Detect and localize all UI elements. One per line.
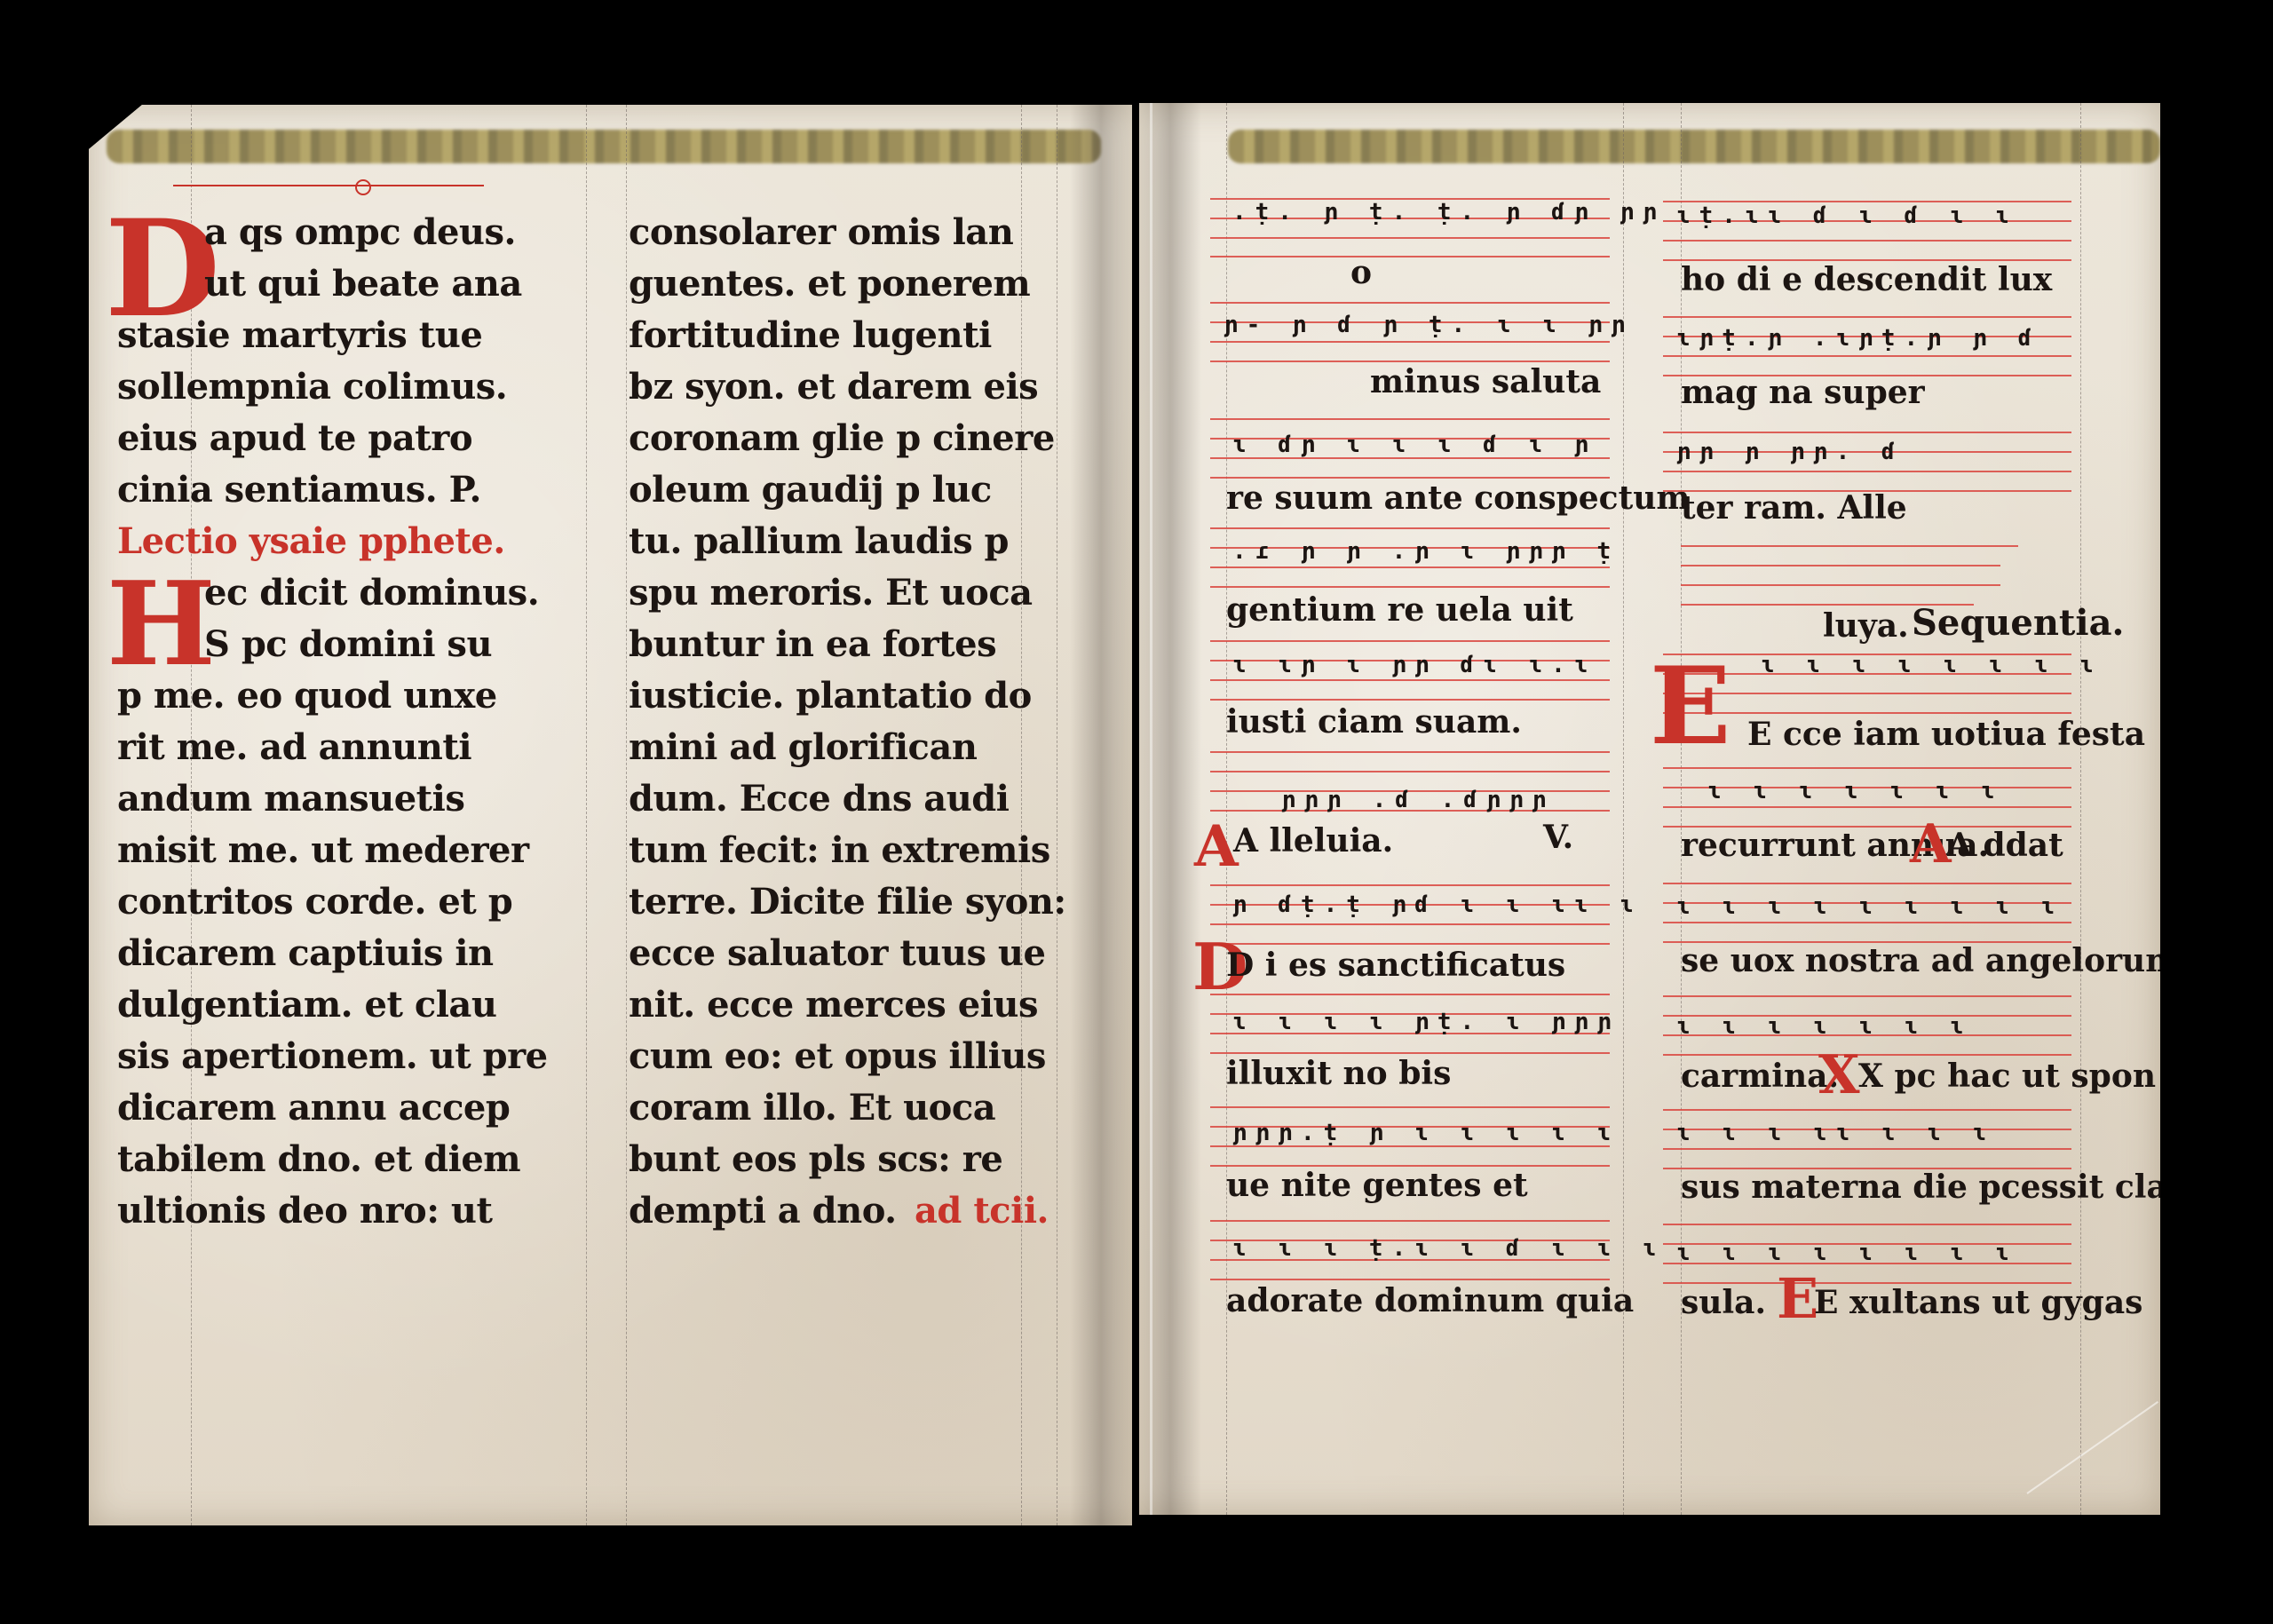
corner-crease [2026,1401,2158,1494]
text-line: dempti a dno. [629,1190,897,1232]
text-line: tum fecit: in extremis [629,829,1050,871]
neumes: ɩ ɩ ɩ ɩ ɩ ɩ ɩ ɩ [1761,652,2103,678]
neumes: ɲ ɗṭ.ṭ ɲɗ ɩ ɩ ɩɩ ɩ [1232,891,1643,918]
lyric-line: X pc hac ut spon [1858,1058,2156,1095]
neumes: .ɾ ɲ ɲ .ɲ ɩ ɲɲɲ ṭ [1232,538,1620,565]
lyric-line: E xultans ut gygas [1814,1284,2142,1321]
mold-stain-top [107,130,1101,163]
lyric-line: se uox nostra ad angelorum [1681,942,2179,979]
text-line: consolarer omis lan [629,211,1013,253]
text-line: nit. ecce merces eius [629,984,1038,1026]
red-initial-a: A [1910,813,1952,875]
lyric-line: A lleluia. [1233,822,1393,860]
text-line: spu meroris. Et uoca [629,572,1033,614]
text-line: tabilem dno. et diem [117,1138,520,1180]
neumes: ɲɲɲ .ɗ .ɗɲɲɲ [1281,787,1555,813]
lyric-line: ue nite gentes et [1226,1167,1528,1204]
ruling-line [626,105,627,1525]
neumes: ɩ ɩɲ ɩ ɲɲ ɗɩ ɩ.ɩ [1232,652,1596,678]
lyric-line: ho di e descendit lux [1681,261,2052,298]
text-line: iusticie. plantatio do [629,675,1032,717]
text-line: dulgentiam. et clau [117,984,496,1026]
text-line: p me. eo quod unxe [117,675,497,717]
text-line: contritos corde. et p [117,881,512,923]
manuscript-left-page: D a qs ompc deus. ut qui beate ana stasi… [89,105,1132,1525]
text-line: a qs ompc deus. [204,211,516,253]
neumes: ɩ ɩ ɩ ɩ ɩ ɩ ɩ ɩ ɩ [1676,893,2063,920]
neumes: ɩɲṭ.ɲ .ɩɲṭ.ɲ ɲ ɗ [1676,325,2040,352]
neumes: .ṭ. ɲ ṭ. ṭ. ɲ ɗɲ ɲɲ [1232,199,1665,226]
versicle-mark: V. [1543,819,1573,856]
text-line: coronam glie p cinere [629,417,1055,459]
neumes: ɩ ɩ ɩ ɩ ɩ ɩ ɩ [1676,1013,1973,1040]
text-line: S pc domini su [204,623,492,665]
red-initial-x: X [1818,1044,1860,1106]
red-initial-e: E [1777,1266,1818,1331]
neumes: ɩṭ.ɩɩ ɗ ɩ ɗ ɩ ɩ [1676,202,2018,229]
text-line: ultionis deo nro: ut [117,1190,492,1232]
text-line: tu. pallium laudis p [629,520,1009,562]
text-line: dicarem annu accep [117,1087,510,1129]
gutter-shadow [1070,105,1132,1525]
text-line: guentes. et ponerem [629,263,1030,305]
text-line: cum eo: et opus illius [629,1035,1046,1077]
text-line: bunt eos pls scs: re [629,1138,1002,1180]
neumes: ɲɲɲ.ṭ ɲ ɩ ɩ ɩ ɩ ɩ [1232,1120,1620,1146]
initial-flourish-line [173,185,484,186]
text-line: mini ad glorifican [629,726,977,768]
text-line: ut qui beate ana [204,263,522,305]
neumes: ɩ ɩ ɩ ɩ ɩ ɩ ɩ [1707,778,2004,804]
mold-stain-top [1228,130,2160,163]
neumes: ɩ ɩ ɩ ɩɩ ɩ ɩ ɩ [1676,1120,1995,1146]
text-line: sis apertionem. ut pre [117,1035,548,1077]
text-line: cinia sentiamus. P. [117,469,481,511]
neumes: ɩ ɩ ɩ ɩ ɲṭ. ɩ ɲɲɲ [1232,1009,1620,1035]
lyric-line: minus saluta [1370,363,1601,400]
decorated-initial-e: E [1650,654,1730,760]
ruling-line [586,105,587,1525]
lyric-line: ter ram. Alle [1681,489,1907,527]
text-line: stasie martyris tue [117,314,482,356]
rubric-closing: ad tcii. [915,1190,1049,1232]
ruling-line [1057,105,1057,1525]
decorated-initial-h: H [107,566,216,682]
ruling-line [1021,105,1022,1525]
lyric-line: sula. [1681,1284,1766,1321]
text-line: dicarem captiuis in [117,932,494,974]
lyric-line: o [1350,254,1372,291]
lyric-line: adorate dominum quia [1226,1282,1634,1319]
text-line: terre. Dicite filie syon: [629,881,1066,923]
neumes: ɩ ɩ ɩ ṭ.ɩ ɩ ɗ ɩ ɩ ɩ [1232,1235,1665,1262]
neumes: ɩ ɩ ɩ ɩ ɩ ɩ ɩ ɩ [1676,1240,2018,1266]
binding-fold [1150,103,1152,1515]
lyric-line: A ddat [1947,827,2063,864]
text-line: fortitudine lugenti [629,314,992,356]
text-line: oleum gaudij p luc [629,469,992,511]
lyric-line: illuxit no bis [1226,1055,1451,1092]
text-line: sollempnia colimus. [117,366,507,408]
text-line: misit me. ut mederer [117,829,529,871]
text-line: andum mansuetis [117,778,464,820]
manuscript-right-page: .ṭ. ɲ ṭ. ṭ. ɲ ɗɲ ɲɲ o ɲ- ɲ ɗ ɲ ṭ. ɩ ɩ ɲɲ… [1139,103,2160,1515]
lyric-line: sus materna die pcessit clau [1681,1168,2190,1206]
lyric-line: mag na super [1681,374,1925,411]
text-line: coram illo. Et uoca [629,1087,995,1129]
text-line: ec dicit dominus. [204,572,539,614]
neumes: ɲɲ ɲ ɲɲ. ɗ [1676,439,1905,465]
rubric-sequentia: Sequentia. [1912,602,2124,644]
lyric-line: carmina. [1681,1058,1839,1095]
text-line: bz syon. et darem eis [629,366,1038,408]
text-line: buntur in ea fortes [629,623,996,665]
lyric-line: luya. [1823,607,1909,645]
text-line: ecce saluator tuus ue [629,932,1045,974]
text-line: rit me. ad annunti [117,726,471,768]
gutter-shadow [1139,103,1201,1515]
lyric-line: D i es sanctificatus [1226,947,1565,984]
neumes: ɩ ɗɲ ɩ ɩ ɩ ɗ ɩ ɲ [1232,432,1596,458]
lyric-line: gentium re uela uit [1226,591,1573,629]
neumes: ɲ- ɲ ɗ ɲ ṭ. ɩ ɩ ɲɲ [1224,312,1634,338]
flourish-knot-icon [355,179,371,195]
text-line: eius apud te patro [117,417,472,459]
lyric-line: iusti ciam suam. [1226,703,1522,741]
red-initial-a: A [1194,813,1239,880]
text-line: dum. Ecce dns audi [629,778,1009,820]
lyric-line: re suum ante conspectum [1226,479,1690,517]
lyric-line: E cce iam uotiua festa [1747,716,2145,753]
